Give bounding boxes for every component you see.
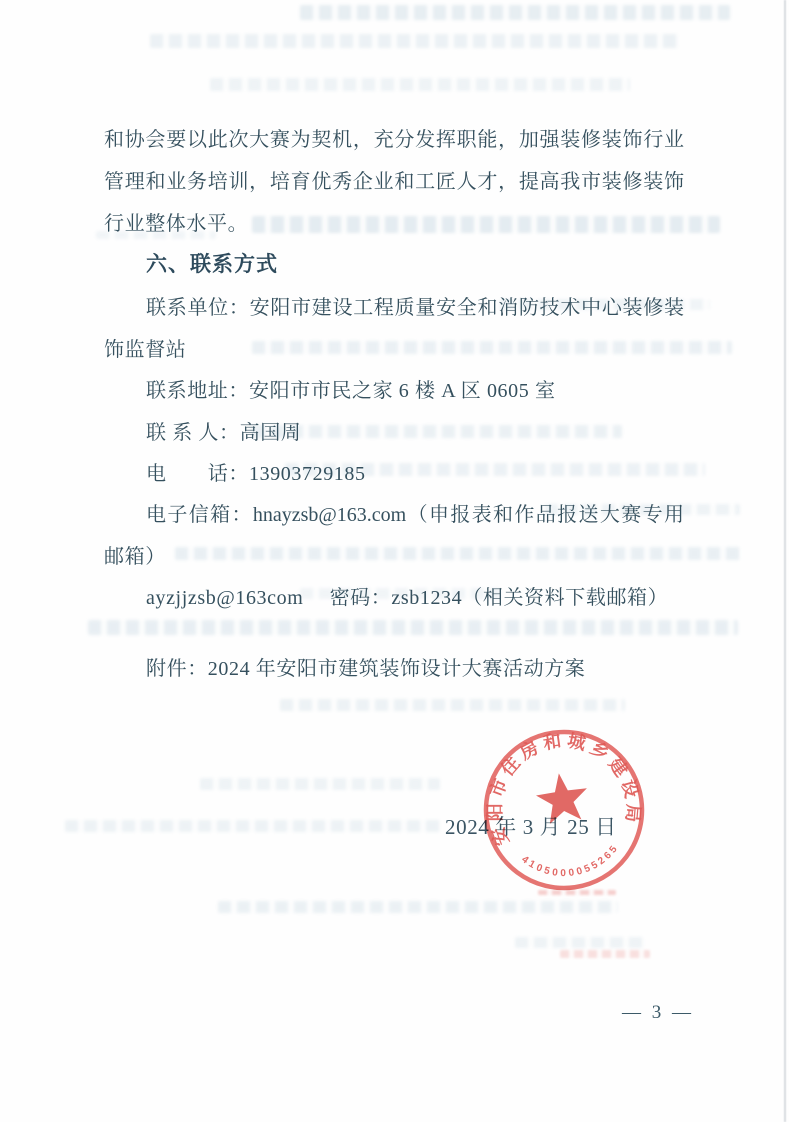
- paragraph-line: 和协会要以此次大赛为契机，充分发挥职能，加强装修装饰行业: [104, 128, 684, 152]
- seal-code-text: 4105000055265: [518, 841, 624, 886]
- bleed-through-artifact: [210, 78, 630, 91]
- attachment-line: 附件：2024 年安阳市建筑装饰设计大赛活动方案: [146, 657, 585, 681]
- bleed-through-artifact: [515, 937, 645, 948]
- scan-edge-line: [784, 0, 786, 1122]
- paragraph-line: 管理和业务培训，培育优秀企业和工匠人才，提高我市装修装饰: [104, 170, 684, 194]
- section-heading: 六、联系方式: [146, 253, 278, 277]
- bleed-through-artifact: [252, 425, 622, 438]
- star-icon: [533, 770, 591, 825]
- bleed-through-artifact: [88, 620, 738, 635]
- bleed-through-artifact: [175, 547, 740, 560]
- paragraph-line: 行业整体水平。: [104, 212, 248, 236]
- contact-phone-line: 电 话：13903729185: [146, 462, 366, 486]
- bleed-through-artifact: [65, 820, 440, 832]
- contact-unit-line: 联系单位：安阳市建设工程质量安全和消防技术中心装修装: [146, 296, 684, 320]
- bleed-through-artifact: [200, 778, 440, 790]
- contact-address-line: 联系地址：安阳市市民之家 6 楼 A 区 0605 室: [146, 379, 556, 403]
- bleed-through-artifact: [150, 34, 680, 48]
- bleed-through-artifact: [218, 901, 618, 913]
- document-page: 和协会要以此次大赛为契机，充分发挥职能，加强装修装饰行业 管理和业务培训，培育优…: [0, 0, 789, 1122]
- contact-email-line: 电子信箱：hnayzsb@163.com（申报表和作品报送大赛专用: [146, 503, 684, 527]
- seal-ink-smudge: [560, 950, 650, 958]
- contact-person-line: 联 系 人：高国周: [146, 421, 301, 445]
- page-number: — 3 —: [608, 1002, 708, 1024]
- bleed-through-artifact: [252, 216, 720, 233]
- bleed-through-artifact: [300, 5, 730, 20]
- contact-unit-line: 饰监督站: [104, 338, 186, 362]
- contact-email-line: 邮箱）: [104, 545, 166, 569]
- download-email-line: ayzjjzsb@163com 密码：zsb1234（相关资料下载邮箱）: [146, 586, 668, 610]
- bleed-through-artifact: [280, 699, 625, 711]
- bleed-through-artifact: [252, 341, 732, 354]
- svg-text:4105000055265: 4105000055265: [518, 841, 624, 886]
- official-seal: 安阳市住房和城乡建设局 4105000055265: [467, 713, 661, 907]
